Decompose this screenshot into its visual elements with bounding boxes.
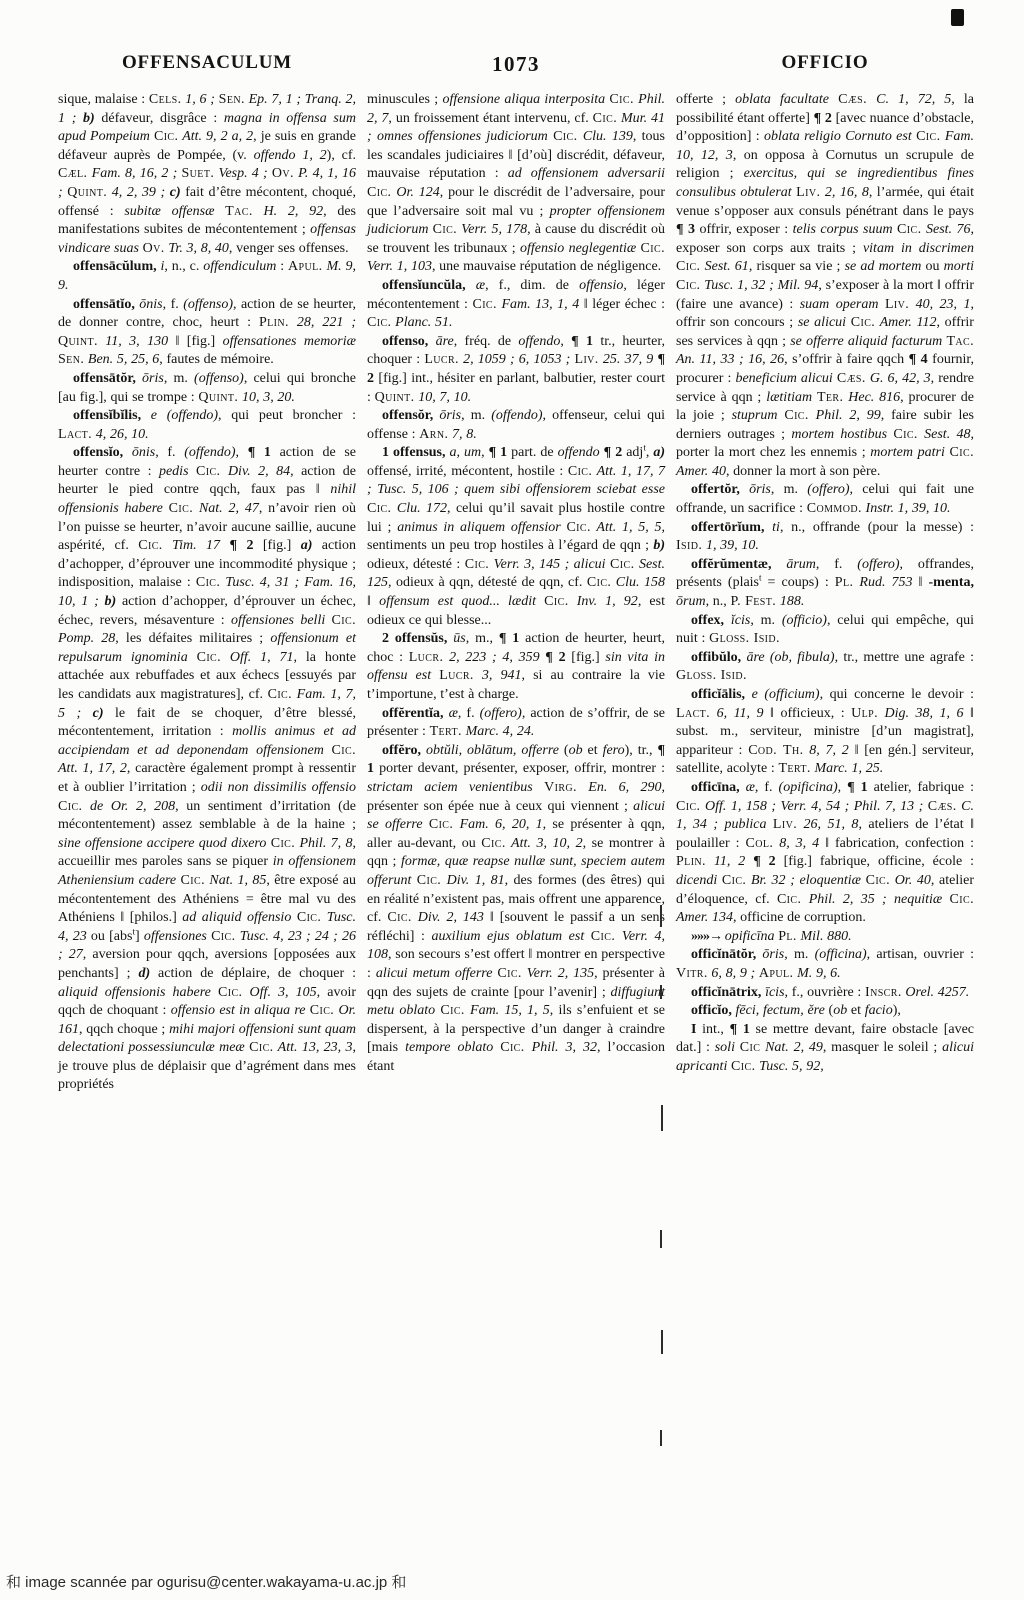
text-run: Pomp. 28 [58, 631, 115, 646]
entry-offertor: offertŏr, ōris, m. (offero), celui qui f… [676, 481, 974, 518]
text-run: (offero) [480, 706, 522, 721]
text-run: Off. 3, 105 [242, 985, 316, 1000]
text-run: Amer. 112 [875, 315, 936, 330]
entry-offensus-1: 1 offensus, a, um, ¶ 1 part. de offendo … [367, 444, 665, 630]
entry-headword: officĭnātrix, [691, 985, 765, 1000]
author-abbrev: Cic. [417, 873, 441, 888]
entry-offex: offex, ĭcis, m. (officio), celui qui emp… [676, 612, 974, 649]
author-abbrev: Liv. [575, 352, 599, 367]
author-abbrev: Lucr. [424, 352, 459, 367]
text-run: , qui peut broncher : [218, 408, 356, 423]
text-run: ōnis [132, 445, 155, 460]
text-run: , f. [155, 445, 184, 460]
text-run: Att. 1, 17, 2 [58, 761, 127, 776]
text-run: ¶ 1 [847, 780, 868, 795]
author-abbrev: Suet. [182, 166, 215, 181]
text-run: Fam. 8, 16, 2 ; [87, 166, 181, 181]
text-run: æ [476, 278, 485, 293]
column-2: minuscules ; offensione aliqua interposi… [367, 91, 665, 1095]
author-abbrev: Cic. [544, 594, 568, 609]
text-run: Hec. 816 [843, 390, 900, 405]
text-run: a) [301, 538, 313, 553]
text-run: 8, 7, 2 [803, 743, 848, 758]
text-run: Att. 9, 2 a, 2 [178, 129, 253, 144]
entry-headword: 2 offensŭs, [382, 631, 453, 646]
text-run: , risquer sa vie ; [749, 259, 845, 274]
text-run: -menta, [929, 575, 975, 590]
text-run: offendiculum [203, 259, 276, 274]
author-abbrev: Cic. [310, 1003, 334, 1018]
entry-headword: offensācŭlum, [73, 259, 161, 274]
text-run: Tim. 17 [163, 538, 220, 553]
author-abbrev: Ov. [143, 241, 165, 256]
text-run: 11, 3, 130 [98, 334, 168, 349]
author-abbrev: Isid. [676, 538, 702, 553]
text-run: , m. [771, 482, 807, 497]
text-run: a) [653, 445, 665, 460]
text-run: 7, 8. [448, 427, 476, 442]
text-run: et [847, 1003, 865, 1018]
author-abbrev: Cic. [676, 799, 700, 814]
author-abbrev: Cic. [332, 613, 356, 628]
text-run: , donner la mort à son père. [726, 464, 880, 479]
author-abbrev: Sen. [219, 92, 245, 107]
text-run: ‖ [367, 594, 379, 609]
text-run: ‖ [913, 575, 929, 590]
author-abbrev: Lact. [676, 706, 710, 721]
text-run: action de déplaire, de choquer : [150, 966, 356, 981]
text-run: odii non dissimilis offensio [201, 780, 356, 795]
author-abbrev: Cic. [897, 222, 921, 237]
author-abbrev: Quint. [67, 185, 107, 200]
text-run: Nat. 2, 49 [760, 1040, 823, 1055]
author-abbrev: Cic. [676, 259, 700, 274]
text-run: ōris [439, 408, 461, 423]
entry-headword: offensātŏr, [73, 371, 142, 386]
text-run: 10, 3, 20. [238, 390, 295, 405]
text-run: ¶ 2 [814, 111, 832, 126]
author-abbrev: Cic. [387, 910, 411, 925]
text-run: 10, 7, 10. [415, 390, 472, 405]
text-run: , [236, 445, 248, 460]
text-run: , tr., mettre une agrafe : [835, 650, 974, 665]
text-run: oblata facultate [735, 92, 838, 107]
text-run: , masquer le soleil ; [823, 1040, 942, 1055]
text-run: , m., [466, 631, 499, 646]
text-run: (offenso) [183, 297, 233, 312]
scan-artifact [661, 1330, 663, 1354]
author-abbrev: Cic. [568, 464, 592, 479]
author-abbrev: Gloss. Isid. [676, 668, 747, 683]
text-run: (officina) [815, 947, 867, 962]
author-abbrev: Tert. [778, 761, 810, 776]
text-columns: sique, malaise : Cels. 1, 6 ; Sen. Ep. 7… [58, 91, 974, 1095]
text-run: (offenso) [194, 371, 244, 386]
entry-headword: offertōrĭum, [691, 520, 772, 535]
author-abbrev: Cæs. [837, 371, 866, 386]
text-run: G. 6, 42, 3 [866, 371, 931, 386]
text-run: An. 11, 33 ; 16, 26 [676, 352, 784, 367]
text-run: ou [abs [87, 929, 133, 944]
text-run: morti [944, 259, 974, 274]
text-run: Inv. 1, 92 [569, 594, 638, 609]
author-abbrev: Col. [745, 836, 773, 851]
column-3: offerte ; oblata facultate Cæs. C. 1, 72… [676, 91, 974, 1095]
author-abbrev: Cic. [197, 650, 221, 665]
text-run: Clu. 158 [611, 575, 665, 590]
text-run: (offendo) [491, 408, 542, 423]
text-run: offensationes memoriæ [223, 334, 356, 349]
text-run: En. 6, 290 [577, 780, 662, 795]
text-run: sique, malaise : [58, 92, 149, 107]
author-abbrev: Pl. [835, 575, 854, 590]
text-run: ¶ 2 [753, 854, 775, 869]
text-run: Orel. 4257. [902, 985, 970, 1000]
text-run: vitam in discrimen [863, 241, 974, 256]
text-run: Att. 1, 5, 5 [591, 520, 662, 535]
text-run: ‖ fabrication, confection : [819, 836, 974, 851]
text-run: , une mauvaise réputation de négligence. [432, 259, 661, 274]
author-abbrev: Tert. [430, 724, 462, 739]
entry-offensatio: offensātĭo, ōnis, f. (offenso), action d… [58, 296, 356, 370]
author-abbrev: Cels. [149, 92, 182, 107]
text-run: mortem patri [870, 445, 949, 460]
text-run: , f. [755, 780, 779, 795]
author-abbrev: Gloss. Isid. [709, 631, 780, 646]
text-run: offensio [579, 278, 623, 293]
text-run: ūs [453, 631, 465, 646]
text-run: ōnis [139, 297, 162, 312]
scan-credit: 和 image scannée par ogurisu@center.wakay… [6, 1571, 406, 1592]
author-abbrev: Ov. [272, 166, 294, 181]
text-run: de Or. 2, 208 [82, 799, 175, 814]
text-run: 6, 11, 9 [710, 706, 763, 721]
author-abbrev: Cic. [211, 929, 235, 944]
author-abbrev: Cic. [138, 538, 162, 553]
author-abbrev: Tac. [946, 334, 974, 349]
text-run: subitæ offensæ [124, 204, 225, 219]
continuation-offensio: minuscules ; offensione aliqua interposi… [367, 91, 665, 277]
text-run: auxilium ejus oblatum est [431, 929, 590, 944]
entry-headword: offertŏr, [691, 482, 749, 497]
entry-headword: offensātĭo, [73, 297, 139, 312]
text-run: ‖ officieux, : [764, 706, 852, 721]
author-abbrev: Cic. [297, 910, 321, 925]
text-run: porter devant, présenter, exposer, offri… [374, 761, 665, 776]
text-run: Sest. 76 [922, 222, 971, 237]
text-run: , m. [784, 947, 814, 962]
text-run: strictam aciem venientibus [367, 780, 544, 795]
text-run: æ [746, 780, 755, 795]
author-abbrev: Liv. [885, 297, 909, 312]
text-run: ad offensionem adversarii [508, 166, 665, 181]
text-run: ārum [786, 557, 816, 572]
text-run: sine offensione accipere quod dixero [58, 836, 271, 851]
text-run: H. 2, 92 [253, 204, 323, 219]
text-run: 25. 37, 9 [599, 352, 654, 367]
entry-officinator: officĭnātŏr, ōris, m. (officina), artisa… [676, 946, 974, 983]
continuation-offero: offerte ; oblata facultate Cæs. C. 1, 72… [676, 91, 974, 481]
author-abbrev: Cic. [268, 687, 292, 702]
text-run: défaveur, disgrâce : [95, 111, 224, 126]
text-run: Verr. 2, 135 [522, 966, 594, 981]
text-run: offendo [518, 334, 560, 349]
guide-word-left: OFFENSACULUM [58, 52, 356, 77]
text-run: Div. 2, 143 [412, 910, 484, 925]
text-run: Att. 13, 23, 3 [274, 1040, 353, 1055]
text-run: ¶ 1 [730, 1022, 750, 1037]
author-abbrev: Cæs. [838, 92, 867, 107]
author-abbrev: Cod. Th. [748, 743, 803, 758]
text-run: dicendi [676, 873, 722, 888]
text-run: suam operam [800, 297, 885, 312]
text-run: Vesp. 4 ; [214, 166, 272, 181]
author-abbrev: Cic. [916, 129, 940, 144]
text-run: offendo 1, 2 [254, 148, 327, 163]
author-abbrev: Lucr. [409, 650, 444, 665]
author-abbrev: Cic. [440, 1003, 464, 1018]
text-run: d) [138, 966, 150, 981]
text-run: Sest. 48 [918, 427, 971, 442]
text-run: 1, 6 ; [182, 92, 219, 107]
text-run: ¶ 2 [229, 538, 253, 553]
text-run: Amer. 134 [676, 910, 733, 925]
author-abbrev: Plin. [259, 315, 289, 330]
text-run: M. 9, 6. [793, 966, 840, 981]
author-abbrev: Plin. [676, 854, 706, 869]
text-run: ¶ 1 [489, 445, 508, 460]
text-run: a, um [450, 445, 482, 460]
text-run: c) [93, 706, 104, 721]
text-run: , n., offrande (pour la messe) : [780, 520, 974, 535]
author-abbrev: Cic. [676, 278, 700, 293]
text-run: , un froissement étant intervenu, cf. [388, 111, 592, 126]
text-run: ), [893, 1003, 901, 1018]
text-run: , odieux à qqn, détesté de qqn, cf. [388, 575, 587, 590]
text-run: 1, 39, 10. [702, 538, 759, 553]
entry-headword: officīna, [691, 780, 746, 795]
text-run: offensé, irrité, mécontent, hostile : [367, 464, 568, 479]
text-run: Dig. 38, 1, 6 [878, 706, 964, 721]
author-abbrev: Cic. [472, 297, 496, 312]
author-abbrev: Cic. [950, 892, 974, 907]
text-run: b) [83, 111, 95, 126]
text-run: , qui concerne le devoir : [820, 687, 974, 702]
text-run: Planc. 51. [391, 315, 452, 330]
author-abbrev: Cic. [181, 873, 205, 888]
text-run: part. de [507, 445, 557, 460]
text-run: obtŭli, oblātum, offerre [426, 743, 564, 758]
text-run: Att. 3, 10, 2 [506, 836, 583, 851]
author-abbrev: Cic. [481, 836, 505, 851]
text-run: 4, 2, 39 ; [107, 185, 170, 200]
text-run: ¶ 1 [571, 334, 593, 349]
text-run: Tusc. 1, 32 ; Mil. 94 [700, 278, 818, 293]
entry-offensator: offensātŏr, ōris, m. (offenso), celui qu… [58, 370, 356, 407]
author-abbrev: Cic. [367, 315, 391, 330]
text-run: offerte ; [676, 92, 735, 107]
text-run: 11, 2 [706, 854, 745, 869]
text-run: oblata religio Cornuto est [764, 129, 916, 144]
author-abbrev: Cic. [497, 966, 521, 981]
author-abbrev: Cic. [58, 799, 82, 814]
entry-headword: offensĭbĭlis, [73, 408, 151, 423]
author-abbrev: Cic. [777, 892, 801, 907]
text-run: ] [135, 929, 144, 944]
entry-officio-sense-I: I int., ¶ 1 se mettre devant, faire obst… [676, 1021, 974, 1077]
text-run: ōris [142, 371, 164, 386]
entry-headword: offĕro, [382, 743, 426, 758]
text-run: , f. [816, 557, 857, 572]
text-run: beneficium alicui [735, 371, 836, 386]
text-run: Br. 32 ; eloquentiæ [746, 873, 865, 888]
text-run: lætitiam [766, 390, 817, 405]
text-run: ad aliquid offensio [182, 910, 297, 925]
author-abbrev: Cic. [429, 817, 453, 832]
entry-offertorium: offertōrĭum, ti, n., offrande (pour la m… [676, 519, 974, 556]
author-abbrev: Cic. [196, 575, 220, 590]
running-header: OFFENSACULUM 1073 OFFICIO [58, 52, 974, 77]
scan-artifact [660, 1430, 662, 1446]
entry-headword: officĭnātŏr, [691, 947, 762, 962]
text-run: 40, 23, 1 [909, 297, 970, 312]
author-abbrev: Cic. [249, 1040, 273, 1055]
text-run: ōrum [676, 594, 706, 609]
text-run: , s’offrir à faire qqch [784, 352, 908, 367]
author-abbrev: Cæs. [928, 799, 957, 814]
author-abbrev: Liv. [796, 185, 820, 200]
text-run: Marc. 4, 24. [462, 724, 534, 739]
text-run: fero [603, 743, 625, 758]
text-run: se alicui [798, 315, 851, 330]
author-abbrev: Arn. [419, 427, 448, 442]
text-run: odieux, détesté : [367, 557, 465, 572]
entry-offensaculum: offensācŭlum, i, n., c. offendiculum : A… [58, 258, 356, 295]
text-run: , les défaites militaires ; [115, 631, 270, 646]
text-run: offendo [558, 445, 604, 460]
text-run: , m. [461, 408, 491, 423]
author-abbrev: Cic. [553, 129, 577, 144]
guide-word-right: OFFICIO [676, 52, 974, 77]
text-run [745, 854, 753, 869]
author-abbrev: Cic. [731, 1059, 755, 1074]
text-run: minuscules ; [367, 92, 443, 107]
text-run: c) [170, 185, 181, 200]
text-run: , qqch choque ; [79, 1022, 169, 1037]
entry-offensus-2: 2 offensŭs, ūs, m., ¶ 1 action de heurte… [367, 630, 665, 704]
author-abbrev: Pl. [778, 929, 797, 944]
text-run: [fig.] [253, 538, 300, 553]
entry-headword: offĕrŭmentæ, [691, 557, 786, 572]
text-run: , m. [750, 613, 782, 628]
text-run: 6, 8, 9 ; [708, 966, 759, 981]
author-abbrev: Ulp. [851, 706, 878, 721]
text-run: Nat. 2, 47 [193, 501, 259, 516]
text-run: fēci, fectum, ĕre [736, 1003, 829, 1018]
entry-officialis: officĭālis, e (officium), qui concerne l… [676, 686, 974, 779]
text-run: , f., ouvrière : [785, 985, 866, 1000]
author-abbrev: Lucr. [439, 668, 474, 683]
text-run: 2, 1059 ; 6, 1053 ; [459, 352, 575, 367]
author-abbrev: Cic. [609, 92, 633, 107]
entry-offero: offĕro, obtŭli, oblātum, offerre (ob et … [367, 742, 665, 1077]
text-run: , fautes de mémoire. [159, 352, 274, 367]
text-run: se offerre aliquid facturum [790, 334, 946, 349]
author-abbrev: Cic. [591, 929, 615, 944]
entry-officina: officīna, æ, f. (opificina), ¶ 1 atelier… [676, 779, 974, 928]
text-run: ¶ 3 [676, 222, 695, 237]
text-run: [fig.] [566, 650, 606, 665]
scan-artifact [660, 1230, 662, 1248]
text-run: , fréq. de [454, 334, 519, 349]
author-abbrev: Cic. [893, 427, 917, 442]
continuation-offensa: sique, malaise : Cels. 1, 6 ; Sen. Ep. 7… [58, 91, 356, 258]
entry-offensio: offensĭo, ōnis, f. (offendo), ¶ 1 action… [58, 444, 356, 1095]
scan-artifact [660, 985, 662, 999]
text-run: (offero) [857, 557, 899, 572]
text-run: īcis [765, 985, 784, 1000]
text-run: e (offendo) [151, 408, 218, 423]
text-run: 2, 16, 8 [820, 185, 868, 200]
text-run: offrir, exposer : [695, 222, 793, 237]
text-run: opificīna [725, 929, 778, 944]
entry-headword: offex, [691, 613, 731, 628]
text-run: ‖ [fig.] [168, 334, 223, 349]
author-abbrev: P. Fest. [730, 594, 776, 609]
text-run: Clu. 172 [391, 501, 447, 516]
text-run: , f. [458, 706, 480, 721]
text-run: atelier, fabrique : [868, 780, 974, 795]
text-run: Rud. 753 [853, 575, 912, 590]
author-abbrev: Cic. [332, 743, 356, 758]
author-abbrev: Cic. [610, 557, 634, 572]
author-abbrev: Cic. [593, 111, 617, 126]
text-run: mortem hostibus [791, 427, 893, 442]
variant-arrow-icon: »»»→ [691, 929, 725, 944]
entry-headword: offensĭo, [73, 445, 132, 460]
text-run: [fig.] fabrique, officine, école : [776, 854, 974, 869]
author-abbrev: Commod. [807, 501, 862, 516]
author-abbrev: Cæl. [58, 166, 87, 181]
author-abbrev: Virg. [544, 780, 577, 795]
author-abbrev: Cic. [196, 464, 220, 479]
text-run: Tusc. 5, 92, [755, 1059, 823, 1074]
text-run: Nat. 1, 85 [205, 873, 266, 888]
text-run: 3, 941 [474, 668, 522, 683]
author-abbrev: Cic. [641, 241, 665, 256]
entry-headword: offibŭlo, [691, 650, 746, 665]
author-abbrev: Liv. [773, 817, 797, 832]
entry-offenso: offenso, āre, fréq. de offendo, ¶ 1 tr.,… [367, 333, 665, 407]
text-run: pedis [159, 464, 196, 479]
text-run: e (officium) [752, 687, 820, 702]
scan-artifact [661, 1105, 663, 1131]
text-run: tempore oblato [405, 1040, 500, 1055]
text-run: Off. 1, 71 [221, 650, 294, 665]
author-abbrev: Quint. [198, 390, 238, 405]
text-run: , [838, 780, 847, 795]
text-run: Or. 40 [890, 873, 931, 888]
entry-offerumentae: offĕrŭmentæ, ārum, f. (offero), offrande… [676, 556, 974, 612]
author-abbrev: Vitr. [676, 966, 708, 981]
text-run: C. 1, 72, 5 [867, 92, 951, 107]
text-run: adj [622, 445, 643, 460]
author-abbrev: Cic. [722, 873, 746, 888]
author-abbrev: Cic. [433, 222, 457, 237]
author-abbrev: Cic. [950, 445, 974, 460]
text-run: int., [696, 1022, 729, 1037]
author-abbrev: Cic. [587, 575, 611, 590]
